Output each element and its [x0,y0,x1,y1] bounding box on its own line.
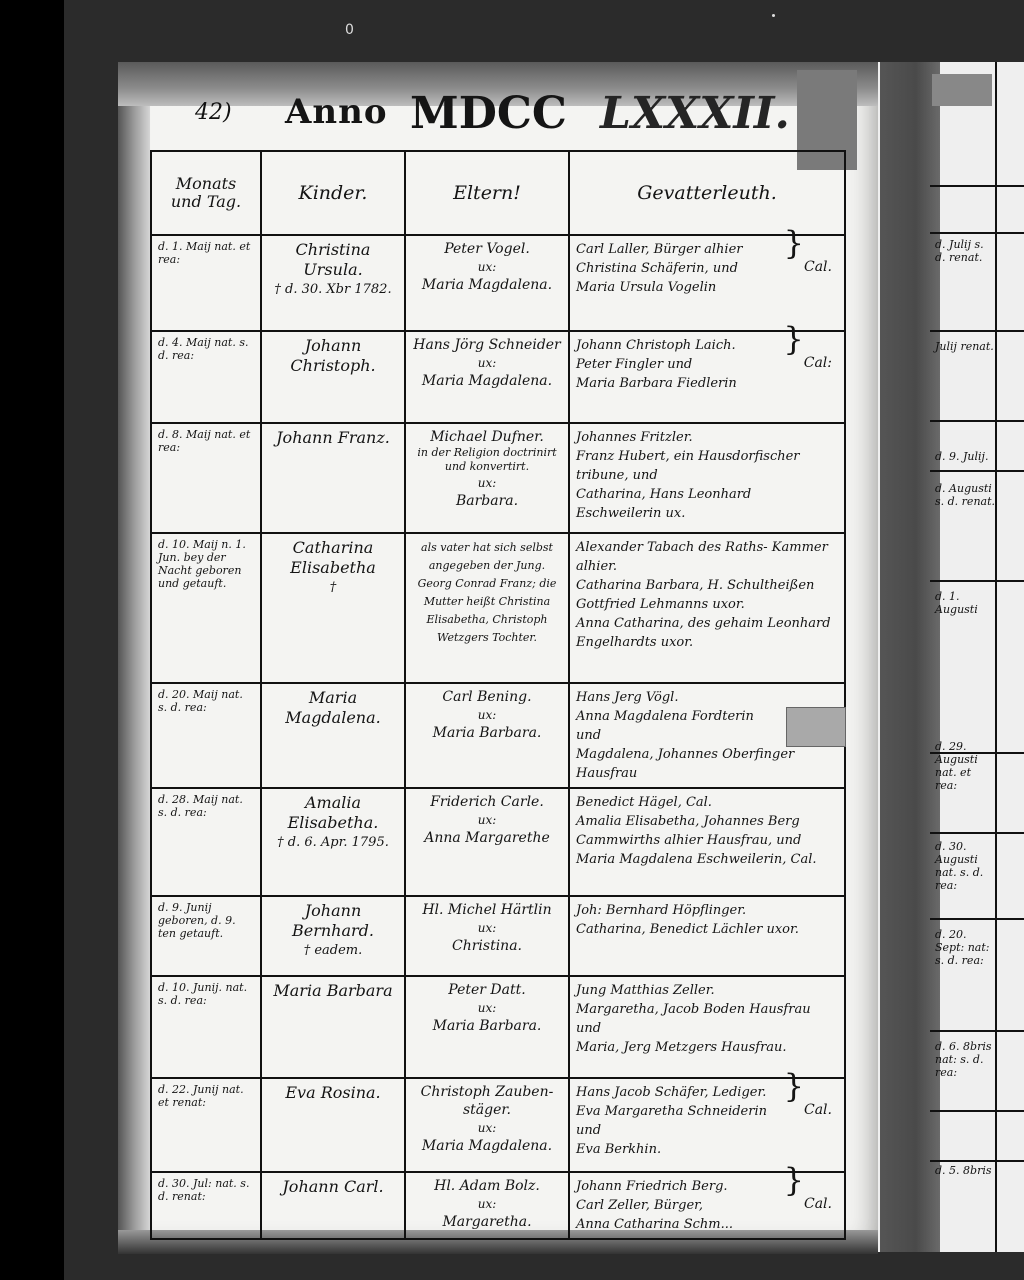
godparent: Catharina, Benedict Lächler uxor. [576,920,838,939]
date-cell: d. 1. Maij nat. et rea: [151,235,261,331]
child-cell: Maria Magdalena. [261,683,405,788]
father-name: Hl. Michel Härtlin [422,902,551,918]
mother-name: Maria Magdalena. [412,276,562,294]
cal-mark: Cal. [804,258,832,277]
mother-name: Maria Magdalena. [412,372,562,390]
uxor-label: ux: [412,1195,562,1213]
child-cell: Amalia Elisabetha.† d. 6. Apr. 1795. [261,788,405,896]
child-cell: Maria Barbara [261,976,405,1078]
father-name: Hl. Adam Bolz. [434,1178,540,1194]
child-name: Johann Bernhard. [292,901,374,940]
column-header-godparents: Gevatterleuth. [569,151,845,235]
title-year-part2: LXXXII. [600,88,790,139]
facing-page-date: d. 30. Augusti nat. s. d. rea: [935,840,995,892]
godparent: Jung Matthias Zeller. [576,981,838,1000]
uxor-label: ux: [412,474,562,492]
date-cell: d. 8. Maij nat. et rea: [151,423,261,533]
parents-cell: Peter Datt.ux:Maria Barbara. [405,976,569,1078]
baptism-register-table: Monats und Tag. Kinder. Eltern! Gevatter… [150,150,846,1240]
child-name: Eva Rosina. [285,1083,380,1102]
child-name: Christina Ursula. [296,240,371,279]
godparent: Cammwirths alhier Hausfrau, und [576,831,838,850]
father-name: Peter Vogel. [444,241,530,257]
mother-name: Maria Barbara. [412,724,562,742]
facing-page-date: d. 20. Sept: nat: s. d. rea: [935,928,995,967]
table-row: d. 22. Junij nat. et renat:Eva Rosina.Ch… [151,1078,845,1172]
parents-cell: Christoph Zauben-stäger.ux:Maria Magdale… [405,1078,569,1172]
table-row: d. 9. Junij geboren, d. 9. ten getauft.J… [151,896,845,976]
uxor-label: ux: [412,919,562,937]
parents-cell: Friderich Carle.ux:Anna Margarethe [405,788,569,896]
parents-cell: Hl. Adam Bolz.ux:Margaretha. [405,1172,569,1239]
facing-page-row-rule [930,832,1024,834]
godparent: Anna Catharina, des gehaim Leonhard Enge… [576,614,838,652]
godparent: Hans Jerg Vögl. [576,688,838,707]
child-name: Maria Barbara [273,981,392,1000]
film-speck [772,14,775,17]
godparents-cell: Alexander Tabach des Raths- Kammer alhie… [569,533,845,683]
godparents-cell: Jung Matthias Zeller.Margaretha, Jacob B… [569,976,845,1078]
father-name: Carl Bening. [442,689,531,705]
parents-cell: Carl Bening.ux:Maria Barbara. [405,683,569,788]
father-name: Christoph Zauben-stäger. [421,1084,554,1118]
table-row: d. 4. Maij nat. s. d. rea:Johann Christo… [151,331,845,423]
facing-page-row-rule [930,1030,1024,1032]
godparent: Catharina, Hans Leonhard Eschweilerin ux… [576,485,838,523]
child-cell: Christina Ursula.† d. 30. Xbr 1782. [261,235,405,331]
header-row: Monats und Tag. Kinder. Eltern! Gevatter… [151,151,845,235]
father-note: in der Religion doctrinirt und konvertir… [412,446,562,474]
godparent: Maria Barbara Fiedlerin [576,374,838,393]
facing-page-date: d. 5. 8bris [935,1164,995,1177]
mother-name: Anna Margarethe [412,829,562,847]
child-name: Johann Franz. [276,428,390,447]
godparents-cell: Benedict Hägel, Cal.Amalia Elisabetha, J… [569,788,845,896]
child-name: Catharina Elisabetha [290,538,376,577]
facing-page-column-rule [995,62,997,1252]
death-note: † eadem. [268,941,398,961]
facing-page-row-rule [930,918,1024,920]
child-name: Johann Carl. [282,1177,383,1196]
facing-page-date: d. 29. Augusti nat. et rea: [935,740,995,792]
facing-page-date: d. Augusti s. d. renat. [935,482,995,508]
facing-page-row-rule [930,580,1024,582]
date-cell: d. 10. Maij n. 1. Jun. bey der Nacht geb… [151,533,261,683]
facing-page-date: d. 9. Julij. [935,450,995,463]
godparent: Joh: Bernhard Höpflinger. [576,901,838,920]
godparent: Maria Magdalena Eschweilerin, Cal. [576,850,838,869]
page-edge-shadow [118,62,150,1254]
date-cell: d. 30. Jul: nat. s. d. renat: [151,1172,261,1239]
godparents-cell: Cal.}Carl Laller, Bürger alhierChristina… [569,235,845,331]
facing-page-header-shade [932,74,992,106]
child-cell: Johann Bernhard.† eadem. [261,896,405,976]
cal-mark: Cal. [804,1195,832,1214]
table-row: d. 30. Jul: nat. s. d. renat:Johann Carl… [151,1172,845,1239]
cal-mark: Cal: [804,354,832,373]
godparent: Maria Ursula Vogelin [576,278,838,297]
table-row: d. 28. Maij nat. s. d. rea:Amalia Elisab… [151,788,845,896]
column-header-date: Monats und Tag. [151,151,261,235]
death-note: † [268,578,398,598]
column-header-parents: Eltern! [405,151,569,235]
child-cell: Johann Carl. [261,1172,405,1239]
table-row: d. 10. Junij. nat. s. d. rea:Maria Barba… [151,976,845,1078]
table-row: d. 8. Maij nat. et rea:Johann Franz.Mich… [151,423,845,533]
child-name: Maria Magdalena. [285,688,380,727]
title-anno: Anno [285,92,388,132]
uxor-label: ux: [412,1119,562,1137]
page-title: 42) Anno MDCC LXXXII. [140,70,860,156]
child-name: Johann Christoph. [290,336,375,375]
date-cell: d. 4. Maij nat. s. d. rea: [151,331,261,423]
godparent: Eva Berkhin. [576,1140,838,1159]
table-row: d. 10. Maij n. 1. Jun. bey der Nacht geb… [151,533,845,683]
godparent: und [576,1019,838,1038]
child-cell: Catharina Elisabetha† [261,533,405,683]
frame-mark: 0 [345,22,354,38]
uxor-label: ux: [412,354,562,372]
child-cell: Eva Rosina. [261,1078,405,1172]
facing-page-date: d. 1. Augusti [935,590,995,616]
mother-name: Maria Magdalena. [412,1137,562,1155]
parents-cell: als vater hat sich selbst angegeben der … [405,533,569,683]
uxor-label: ux: [412,811,562,829]
brace-icon: } [784,234,804,253]
facing-page-date: Julij renat. [935,340,995,353]
date-cell: d. 28. Maij nat. s. d. rea: [151,788,261,896]
cal-mark: Cal. [804,1101,832,1120]
brace-icon: } [783,330,803,349]
father-name: Peter Datt. [448,982,525,998]
facing-page-row-rule [930,330,1024,332]
mother-name: Barbara. [412,492,562,510]
uxor-label: ux: [412,258,562,276]
uxor-label: ux: [412,999,562,1017]
title-year-part1: MDCC [410,88,567,139]
godparent: Amalia Elisabetha, Johannes Berg [576,812,838,831]
date-cell: d. 22. Junij nat. et renat: [151,1078,261,1172]
date-cell: d. 10. Junij. nat. s. d. rea: [151,976,261,1078]
facing-page-row-rule [930,1110,1024,1112]
page-number: 42) [195,100,232,125]
godparent: Franz Hubert, ein Hausdorfischer tribune… [576,447,838,485]
parents-cell: Hl. Michel Härtlinux:Christina. [405,896,569,976]
godparents-cell: Cal.}Johann Friedrich Berg.Carl Zeller, … [569,1172,845,1239]
paper-repair-patch-small [786,707,846,747]
date-cell: d. 9. Junij geboren, d. 9. ten getauft. [151,896,261,976]
facing-page-row-rule [930,1160,1024,1162]
table-row: d. 20. Maij nat. s. d. rea:Maria Magdale… [151,683,845,788]
parents-cell: Peter Vogel.ux:Maria Magdalena. [405,235,569,331]
brace-icon: } [784,1171,804,1190]
child-cell: Johann Franz. [261,423,405,533]
date-cell: d. 20. Maij nat. s. d. rea: [151,683,261,788]
binding-gutter-shadow [880,62,940,1252]
facing-page-row-rule [930,232,1024,234]
godparents-cell: Johannes Fritzler.Franz Hubert, ein Haus… [569,423,845,533]
father-name: Hans Jörg Schneider [413,337,561,353]
father-name: Friderich Carle. [430,794,544,810]
father-name: als vater hat sich selbst angegeben der … [418,541,557,644]
father-name: Michael Dufner. [430,429,544,445]
parents-cell: Michael Dufner.in der Religion doctrinir… [405,423,569,533]
facing-page-row-rule [930,470,1024,472]
uxor-label: ux: [412,706,562,724]
death-note: † d. 6. Apr. 1795. [268,833,398,853]
godparent: Anna Catharina Schm... [576,1215,838,1234]
godparent: Maria, Jerg Metzgers Hausfrau. [576,1038,838,1057]
facing-page-row-rule [930,420,1024,422]
godparent: Benedict Hägel, Cal. [576,793,838,812]
godparents-cell: Joh: Bernhard Höpflinger.Catharina, Bene… [569,896,845,976]
column-header-children: Kinder. [261,151,405,235]
mother-name: Maria Barbara. [412,1017,562,1035]
godparents-cell: Cal.}Hans Jacob Schäfer, Lediger.Eva Mar… [569,1078,845,1172]
godparent: Margaretha, Jacob Boden Hausfrau [576,1000,838,1019]
facing-page-row-rule [930,185,1024,187]
facing-page-date: d. Julij s. d. renat. [935,238,995,264]
table-row: d. 1. Maij nat. et rea:Christina Ursula.… [151,235,845,331]
godparent: Alexander Tabach des Raths- Kammer alhie… [576,538,838,576]
facing-page-date: d. 6. 8bris nat: s. d. rea: [935,1040,995,1079]
mother-name: Christina. [412,937,562,955]
child-cell: Johann Christoph. [261,331,405,423]
godparent: Catharina Barbara, H. Schultheißen Gottf… [576,576,838,614]
death-note: † d. 30. Xbr 1782. [268,280,398,300]
godparent: und [576,1121,838,1140]
film-margin-left [0,0,64,1280]
godparents-cell: Cal:}Johann Christoph Laich.Peter Fingle… [569,331,845,423]
brace-icon: } [784,1077,804,1096]
godparent: Johannes Fritzler. [576,428,838,447]
child-name: Amalia Elisabetha. [288,793,379,832]
mother-name: Margaretha. [412,1213,562,1231]
parents-cell: Hans Jörg Schneiderux:Maria Magdalena. [405,331,569,423]
godparent: Magdalena, Johannes Oberfinger Hausfrau [576,745,838,783]
